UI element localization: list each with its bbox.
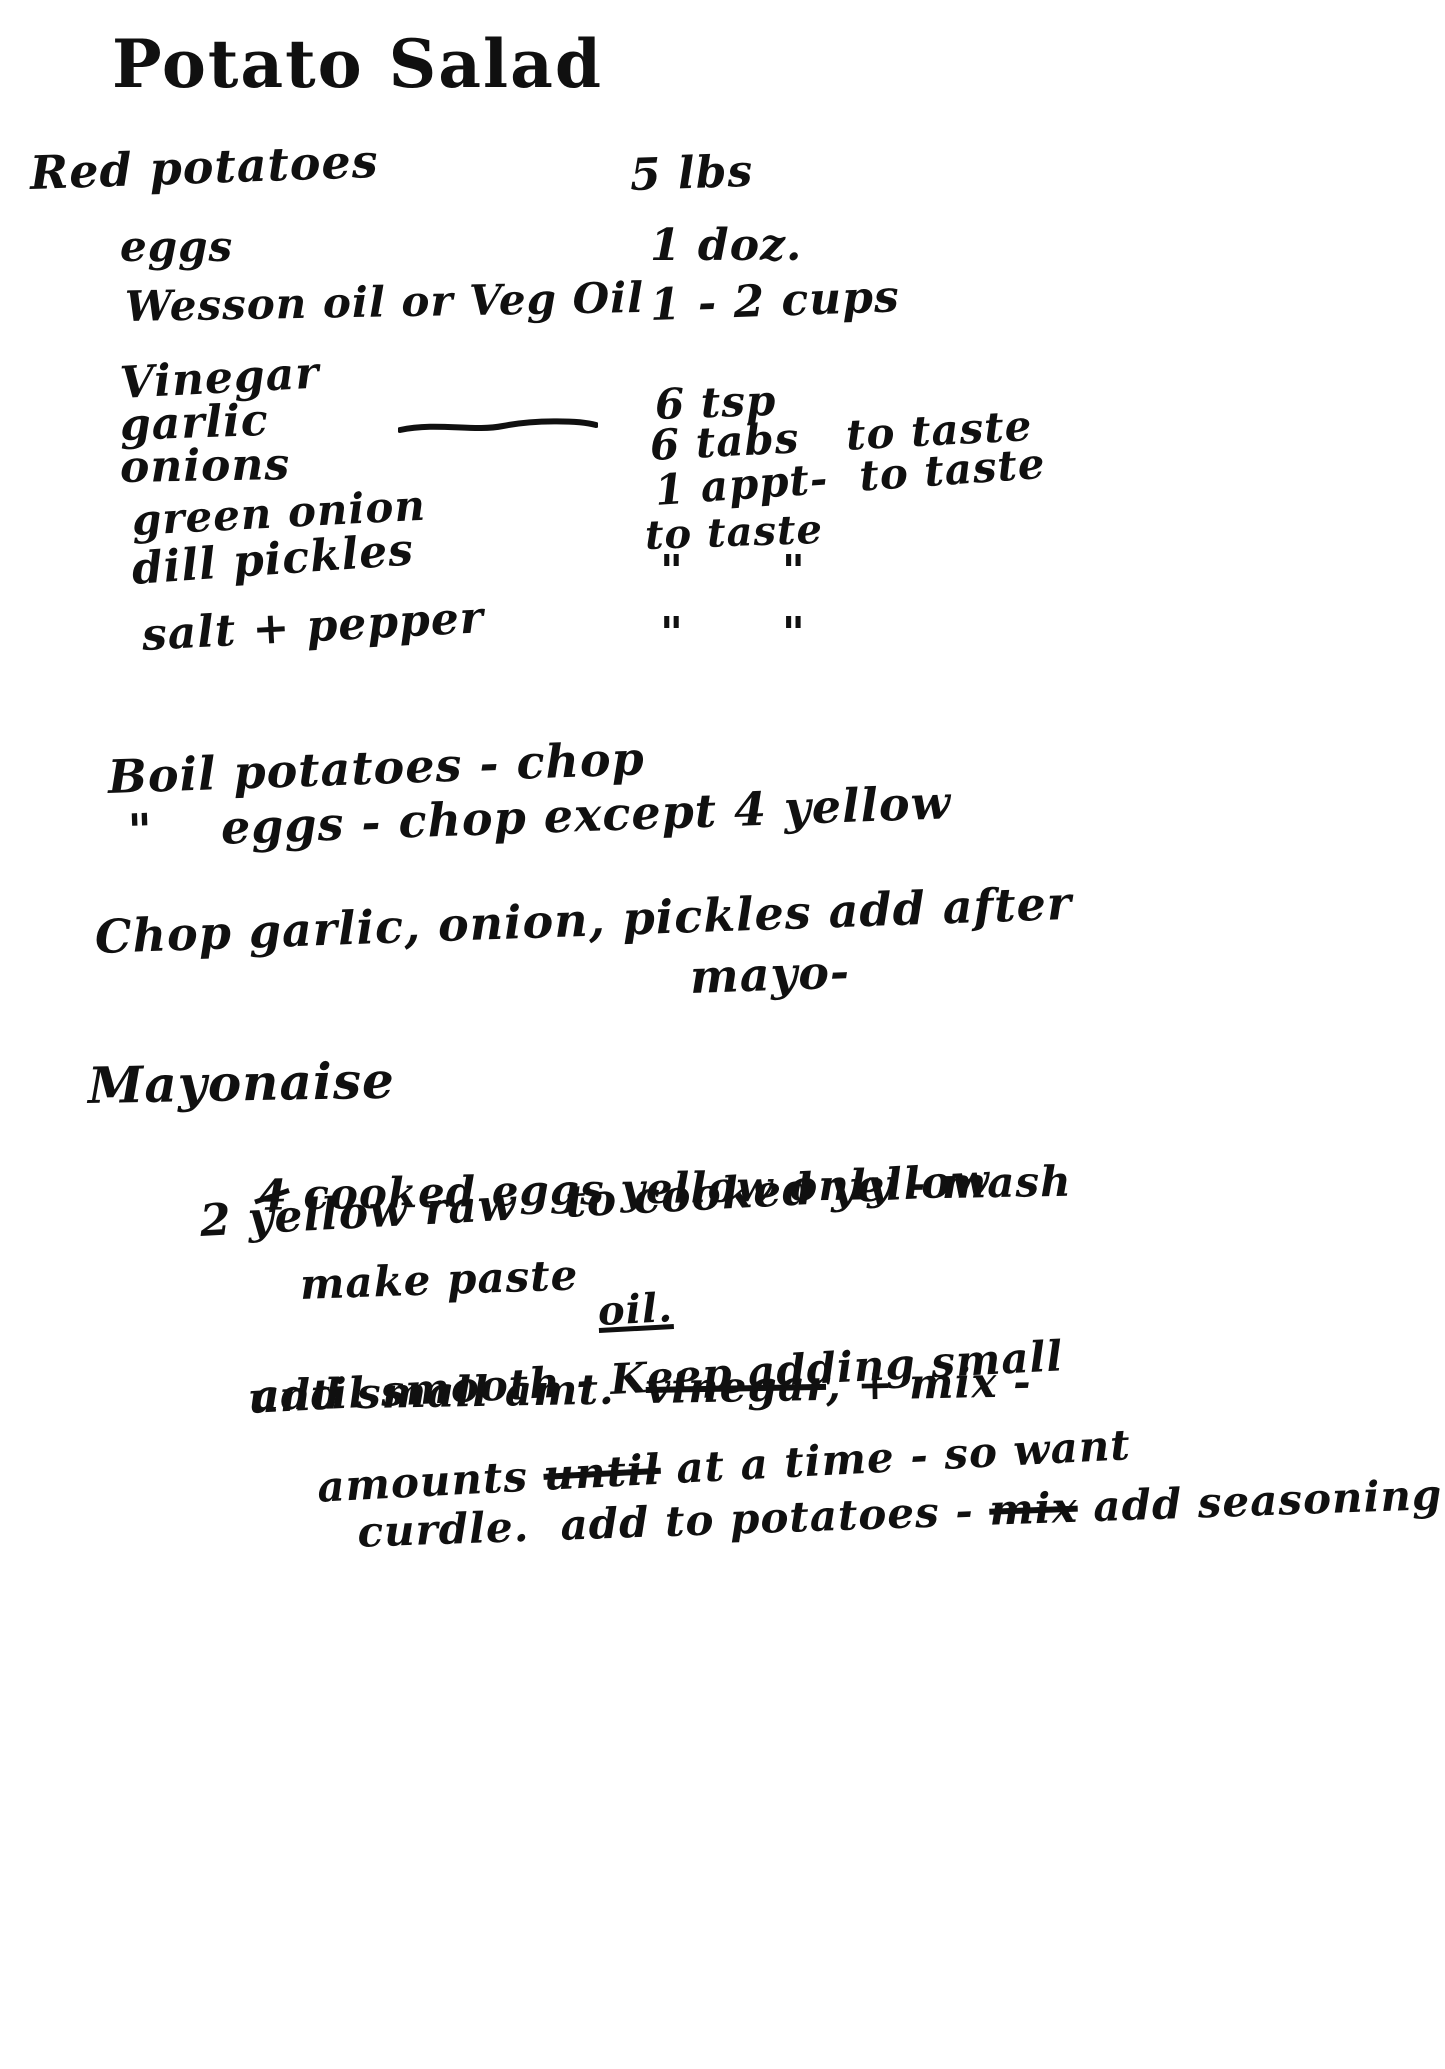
mayonnaise-heading: Mayonaise [88,1053,396,1113]
mayo-step-curdle-post: add seasoning [1077,1470,1443,1532]
page-title: Potato Salad [112,28,603,101]
mayo-step-make-paste: make paste [299,1252,579,1308]
mayo-step-curdle-pre: curdle. add to potatoes - [357,1486,991,1557]
qty-eggs: 1 doz. [650,222,802,270]
qty-red-potatoes: 5 lbs [629,148,754,201]
ingredient-eggs: eggs [120,224,233,270]
instruction-mayo-cont: mayo- [689,946,851,1002]
ingredient-onions: onions [120,441,291,492]
struck-word-mix: mix [988,1483,1078,1535]
ingredient-salt-pepper: salt + pepper [141,594,485,660]
qty-salt-pepper-ditto: " " [660,610,806,658]
ingredient-oil: Wesson oil or Veg Oil [125,275,645,330]
instruction-chop-garlic: Chop garlic, onion, pickles add after [94,878,1073,963]
qty-oil: 1 - 2 cups [649,273,900,330]
handwritten-recipe-page: Potato Salad Red potatoes eggs Wesson oi… [0,0,1445,2069]
connector-line [398,416,598,442]
qty-dill-pickles-ditto: " " [660,548,806,596]
ingredient-red-potatoes: Red potatoes [29,136,379,199]
